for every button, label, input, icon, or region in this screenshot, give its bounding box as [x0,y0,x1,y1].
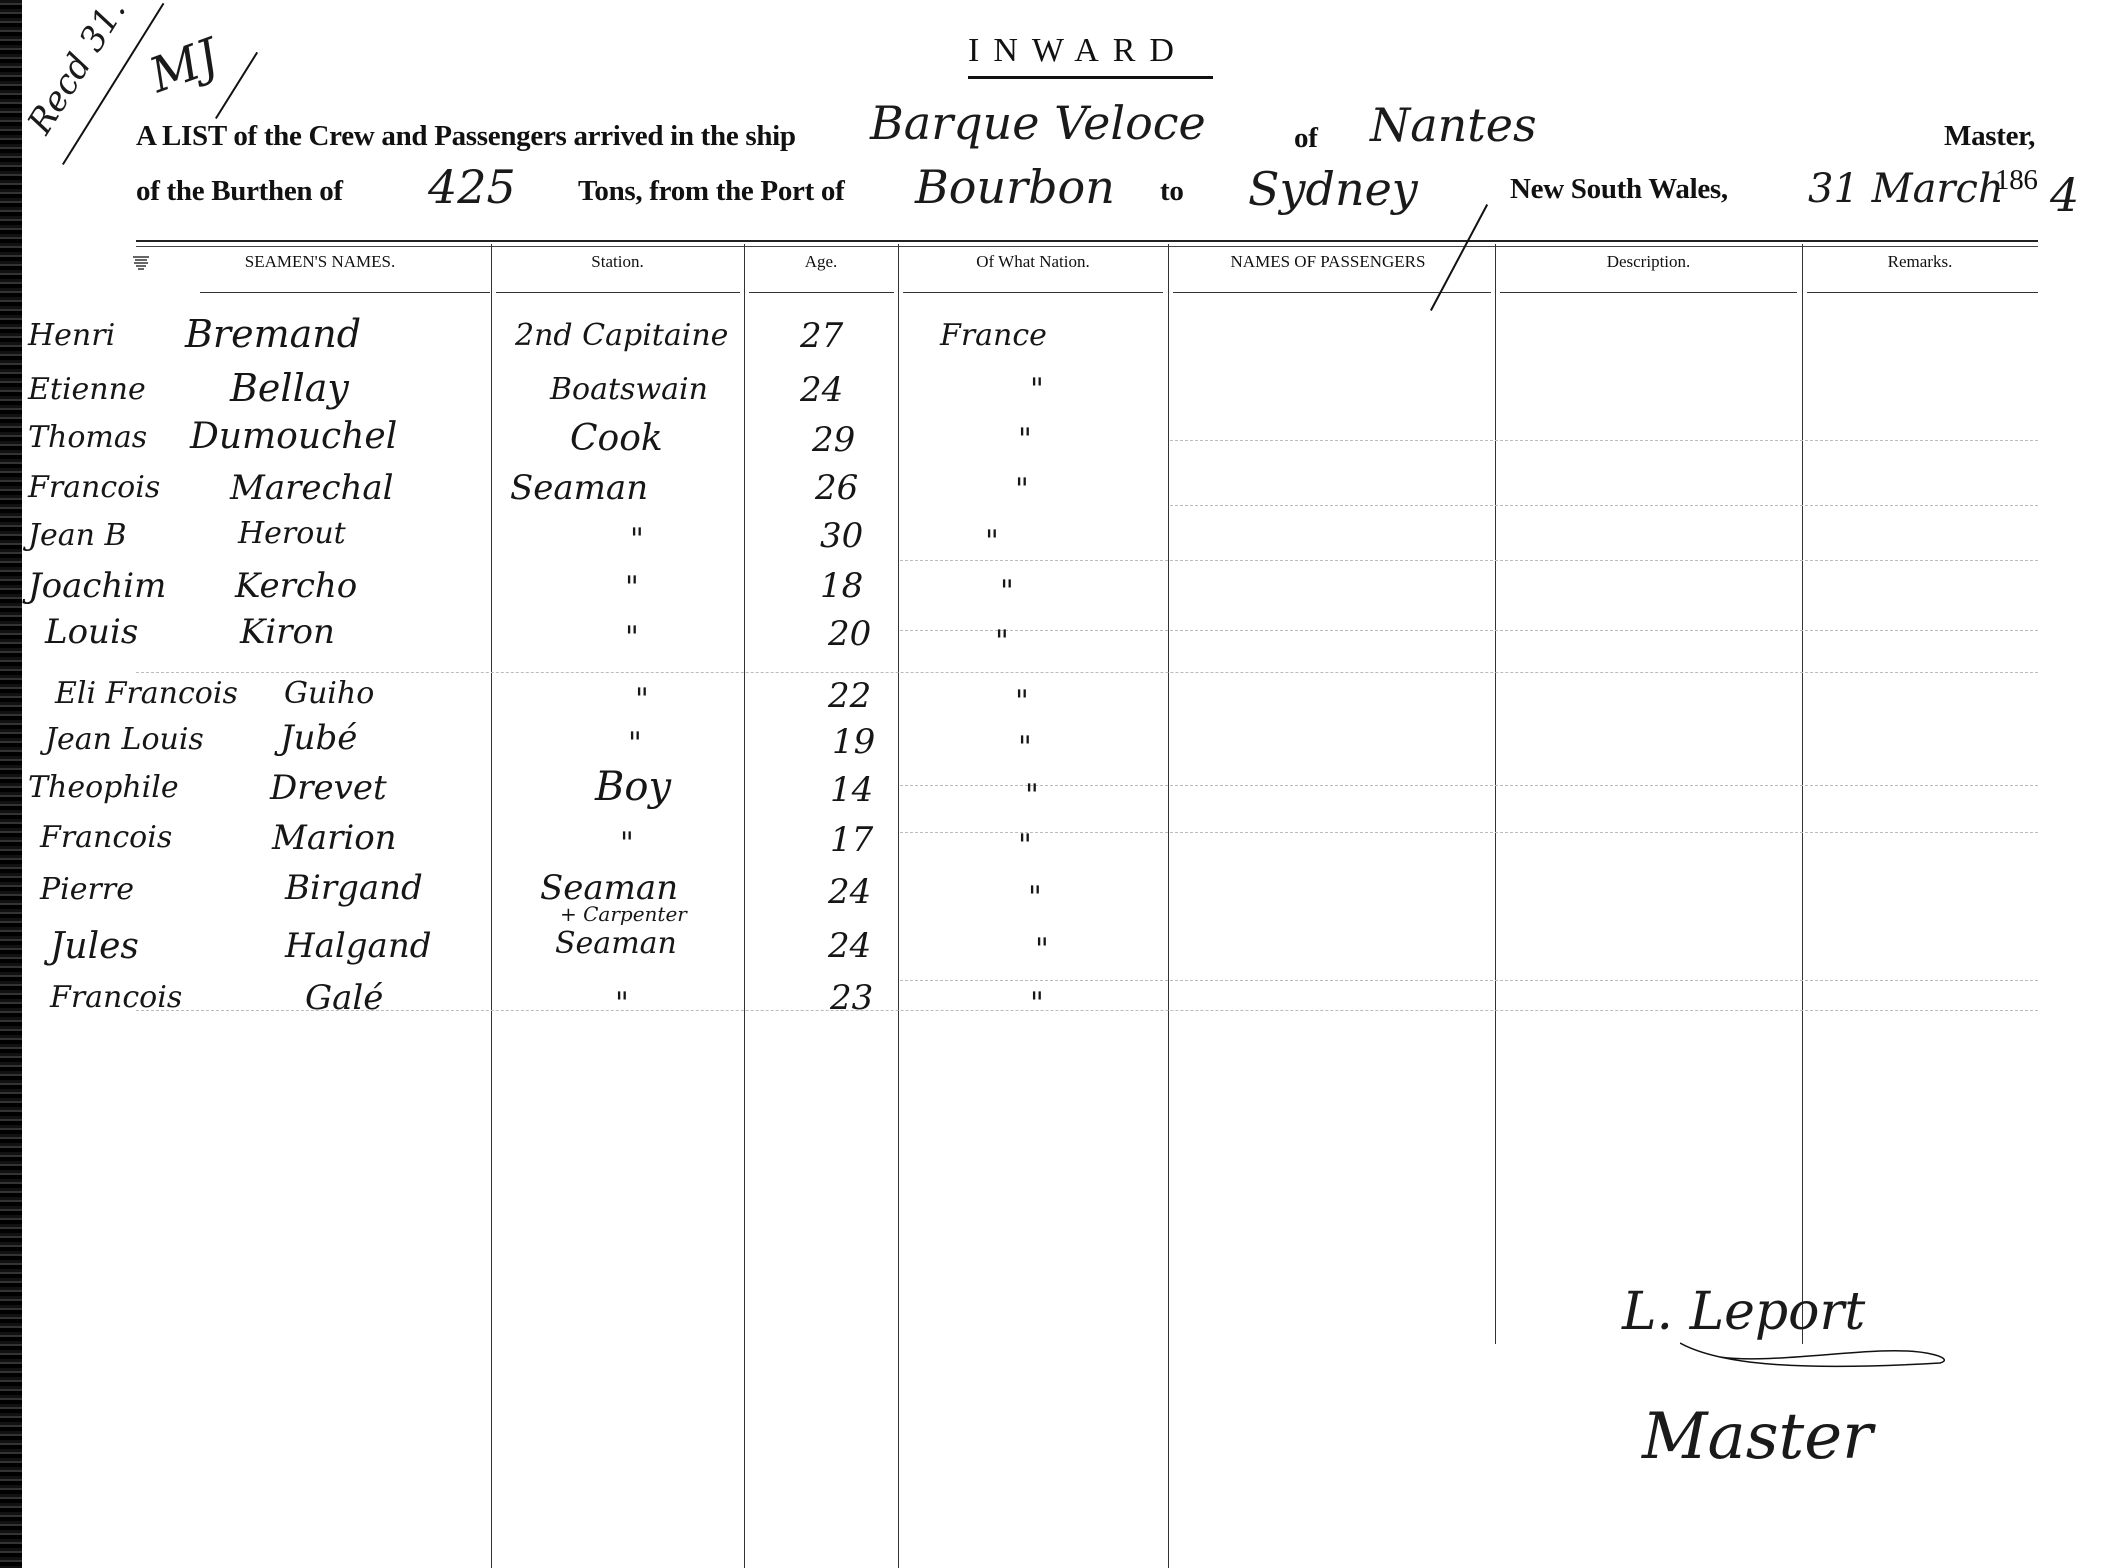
station: Boy [595,764,671,810]
column-divider-passengers [1168,244,1169,1568]
column-header-station: Station. [491,252,744,272]
of-label: of [1294,122,1318,155]
header-bottom-line [1173,292,1491,293]
nation: " [1025,778,1039,813]
signature-flourish [1680,1335,1960,1375]
nation: " [1018,828,1032,863]
nation: " [1035,932,1049,967]
colony-label: New South Wales, [1510,173,1728,206]
column-header-nation: Of What Nation. [898,252,1168,272]
nation: " [1000,574,1014,609]
nation: " [1015,472,1029,507]
column-header-seamens-names: SEAMEN'S NAMES. [160,252,480,272]
master-title-signature: Master [1642,1400,1873,1474]
seaman-last-name: Jubé [280,718,357,758]
row-guide [900,980,2038,981]
ship-name: Barque Veloce [870,96,1206,150]
master-label: Master, [1944,120,2035,153]
row-guide [900,785,2038,786]
tons-value: 425 [428,160,516,214]
station: " [620,826,634,861]
arrival-date: 31 March [1808,166,2004,212]
column-header-passengers: NAMES OF PASSENGERS [1168,252,1488,272]
title-underline [968,76,1213,79]
age: 18 [820,566,863,606]
nation: " [1028,880,1042,915]
master-signature: L. Leport [1622,1282,1865,1342]
document-title: INWARD [968,32,1188,70]
age: 23 [830,978,873,1018]
from-port: Bourbon [915,160,1115,214]
row-guide [136,672,2038,673]
age: 24 [828,926,871,966]
column-divider-station [491,244,492,1568]
seaman-last-name: Birgand [285,868,423,908]
station: " [635,682,649,717]
scanned-page-edge [0,0,22,1568]
list-heading-prefix: A LIST of the Crew and Passengers arrive… [136,120,796,153]
nation: " [985,524,999,559]
seaman-last-name: Kiron [240,612,335,652]
row-guide [1170,505,2038,506]
station: 2nd Capitaine [515,318,728,353]
header-top-rule [136,240,2038,242]
seaman-last-name: Galé [305,978,383,1018]
row-guide [900,560,2038,561]
row-guide [1170,440,2038,441]
header-bottom-line [1807,292,2038,293]
nation: France [940,318,1047,353]
to-port: Sydney [1248,162,1418,216]
column-header-description: Description. [1495,252,1802,272]
age: 20 [828,614,871,654]
station: Seaman [510,468,648,508]
seaman-last-name: Kercho [235,566,357,606]
seaman-last-name: Marechal [230,468,394,508]
seaman-first-name: Eli Francois [55,676,238,711]
column-divider-remarks [1802,244,1803,1344]
station-note: + Carpenter [560,902,687,926]
age: 17 [830,820,873,860]
age: 30 [820,516,863,556]
seaman-last-name: Drevet [270,768,387,808]
seaman-last-name: Marion [272,818,397,858]
tons-label: Tons, from the Port of [578,175,844,208]
seaman-last-name: Bellay [230,366,349,410]
nation: " [995,624,1009,659]
seaman-last-name: Dumouchel [190,416,397,457]
header-bottom-line [749,292,894,293]
row-guide [136,1010,2038,1011]
margin-slash-line-2 [215,52,258,119]
age: 24 [828,872,871,912]
station: " [625,620,639,655]
seaman-last-name: Guiho [284,676,374,711]
age: 27 [800,316,843,356]
nation: " [1018,730,1032,765]
seaman-first-name: Henri [28,318,115,353]
year-handwritten: 4 [2050,168,2079,222]
seaman-first-name: Jules [50,926,139,967]
station: Seaman [555,926,677,961]
row-guide [900,832,2038,833]
station: Boatswain [550,372,708,407]
header-bottom-line [1500,292,1797,293]
seaman-first-name: Theophile [28,770,179,805]
seaman-last-name: Halgand [285,926,432,966]
seaman-first-name: Jean B [28,518,127,553]
header-bottom-line [496,292,740,293]
column-header-age: Age. [744,252,898,272]
margin-initials: MJ [142,28,225,104]
printer-mark-icon [132,255,150,271]
age: 14 [830,770,873,810]
seaman-first-name: Francois [50,980,182,1015]
nation: " [1018,422,1032,457]
year-printed: 186 [1995,164,2038,197]
seaman-first-name: Pierre [40,872,134,907]
seaman-first-name: Joachim [28,566,166,606]
station: " [615,986,629,1021]
seaman-first-name: Francois [28,470,160,505]
seaman-first-name: Etienne [28,372,146,407]
seaman-last-name: Herout [238,516,346,551]
to-label: to [1160,175,1184,208]
column-divider-age [744,244,745,1568]
station: Cook [570,418,663,459]
age: 24 [800,370,843,410]
burthen-label: of the Burthen of [136,175,343,208]
row-guide [900,630,2038,631]
age: 26 [815,468,858,508]
seaman-first-name: Louis [45,612,138,652]
nation: " [1015,684,1029,719]
nation: " [1030,372,1044,407]
station: " [625,570,639,605]
home-port: Nantes [1370,98,1537,152]
seaman-first-name: Thomas [28,420,147,455]
column-divider-description [1495,244,1496,1344]
station: " [630,522,644,557]
age: 22 [828,676,871,716]
header-bottom-line [200,292,490,293]
nation: " [1030,986,1044,1021]
age: 19 [832,722,875,762]
station: " [628,726,642,761]
seaman-first-name: Jean Louis [45,722,204,757]
column-divider-nation [898,244,899,1568]
seaman-last-name: Bremand [185,312,361,356]
seaman-first-name: Francois [40,820,172,855]
column-header-remarks: Remarks. [1802,252,2038,272]
age: 29 [812,420,855,460]
header-bottom-line [903,292,1163,293]
